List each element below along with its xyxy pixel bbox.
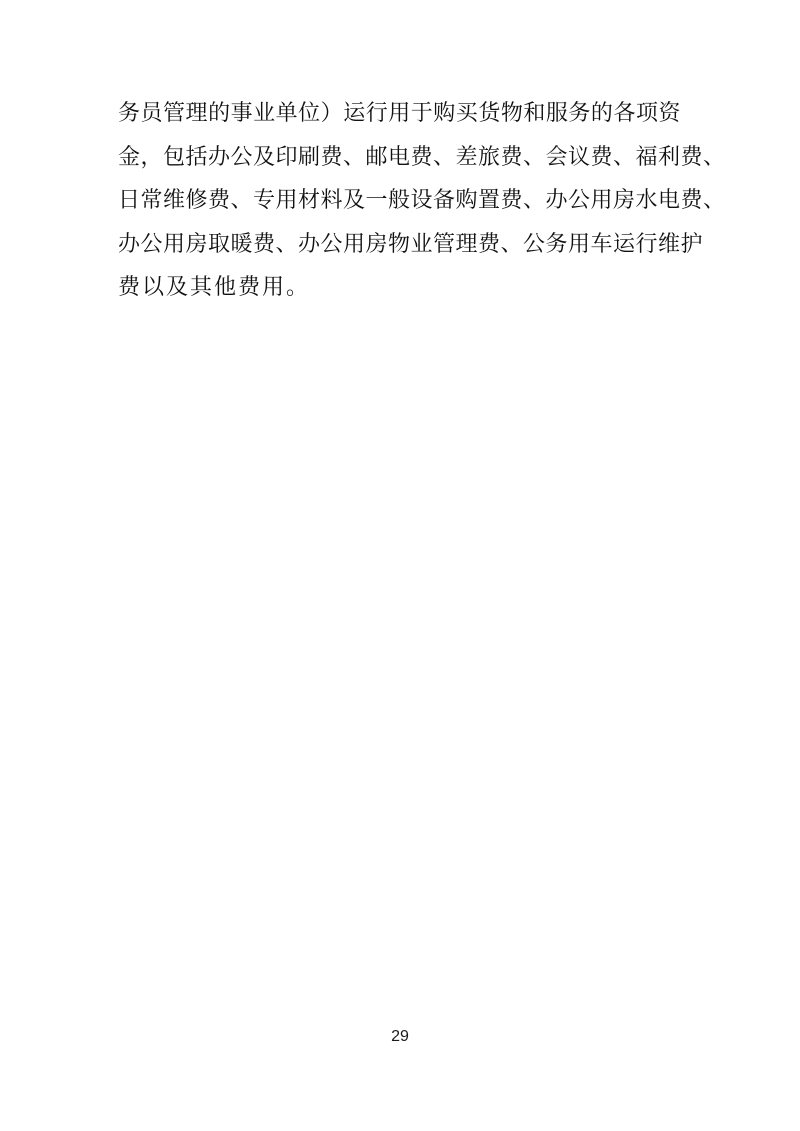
document-page: 务员管理的事业单位）运行用于购买货物和服务的各项资 金，包括办公及印刷费、邮电费… [0, 0, 800, 1131]
text-line: 办公用房取暖费、办公用房物业管理费、公务用车运行维护 [118, 223, 681, 267]
text-line: 金，包括办公及印刷费、邮电费、差旅费、会议费、福利费、 [118, 136, 681, 180]
page-number: 29 [0, 1028, 800, 1046]
text-line: 务员管理的事业单位）运行用于购买货物和服务的各项资 [118, 92, 681, 136]
text-line: 日常维修费、专用材料及一般设备购置费、办公用房水电费、 [118, 179, 681, 223]
body-paragraph: 务员管理的事业单位）运行用于购买货物和服务的各项资 金，包括办公及印刷费、邮电费… [118, 92, 681, 310]
text-line: 费以及其他费用。 [118, 266, 681, 310]
